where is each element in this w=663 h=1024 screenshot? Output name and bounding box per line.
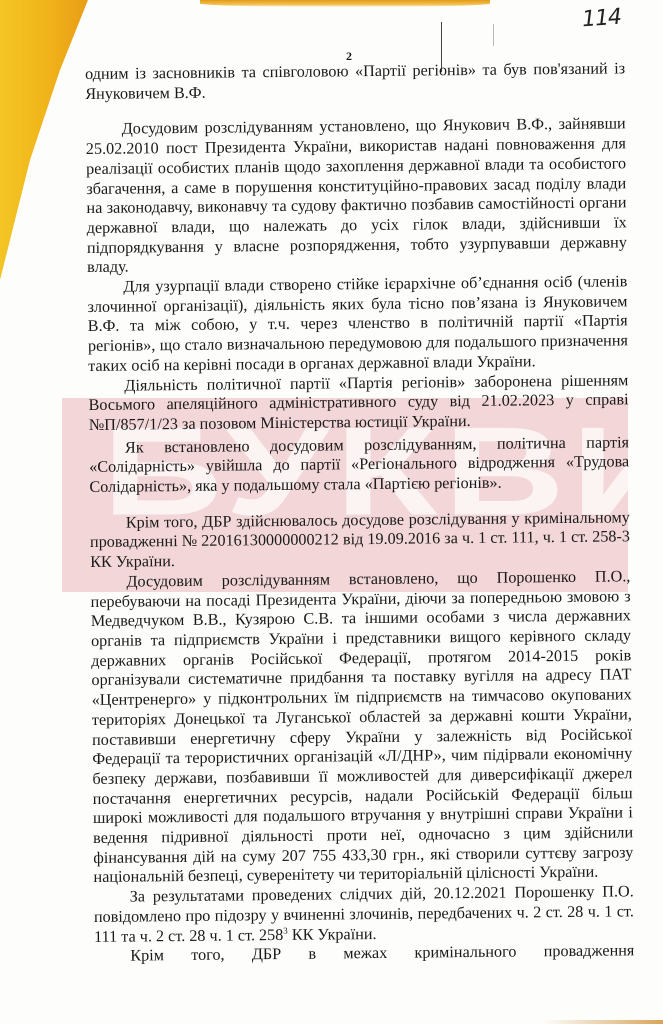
paragraph-6: Крім того, ДБР здійснювалось досудове ро… (90, 508, 631, 573)
paragraph-4: Діяльність політичної партії «Партія рег… (88, 371, 629, 436)
paragraph-8-tail: КК України. (288, 925, 377, 944)
paragraph-7: Досудовим розслідуванням встановлено, що… (90, 567, 633, 888)
handwritten-page-mark: 114 (581, 5, 622, 33)
paragraph-2: Досудовим розслідуванням установлено, що… (86, 115, 628, 278)
paragraph-3: Для узурпації влади створено стійке ієра… (87, 272, 628, 376)
paragraph-1: одним із засновників та співголовою «Пар… (85, 59, 625, 104)
page-edge-top (200, 0, 490, 7)
page-edge-bottom (543, 1020, 663, 1024)
fold-line-faint (493, 24, 494, 46)
paragraph-5: Як встановлено досудовим розслідуванням,… (89, 433, 630, 498)
document-body: одним із засновників та співголовою «Пар… (85, 59, 634, 967)
paragraph-9: Крім того, ДБР в межах кримінального про… (94, 942, 634, 967)
paragraph-8: За результатами проведених слідчих дій, … (94, 882, 635, 947)
